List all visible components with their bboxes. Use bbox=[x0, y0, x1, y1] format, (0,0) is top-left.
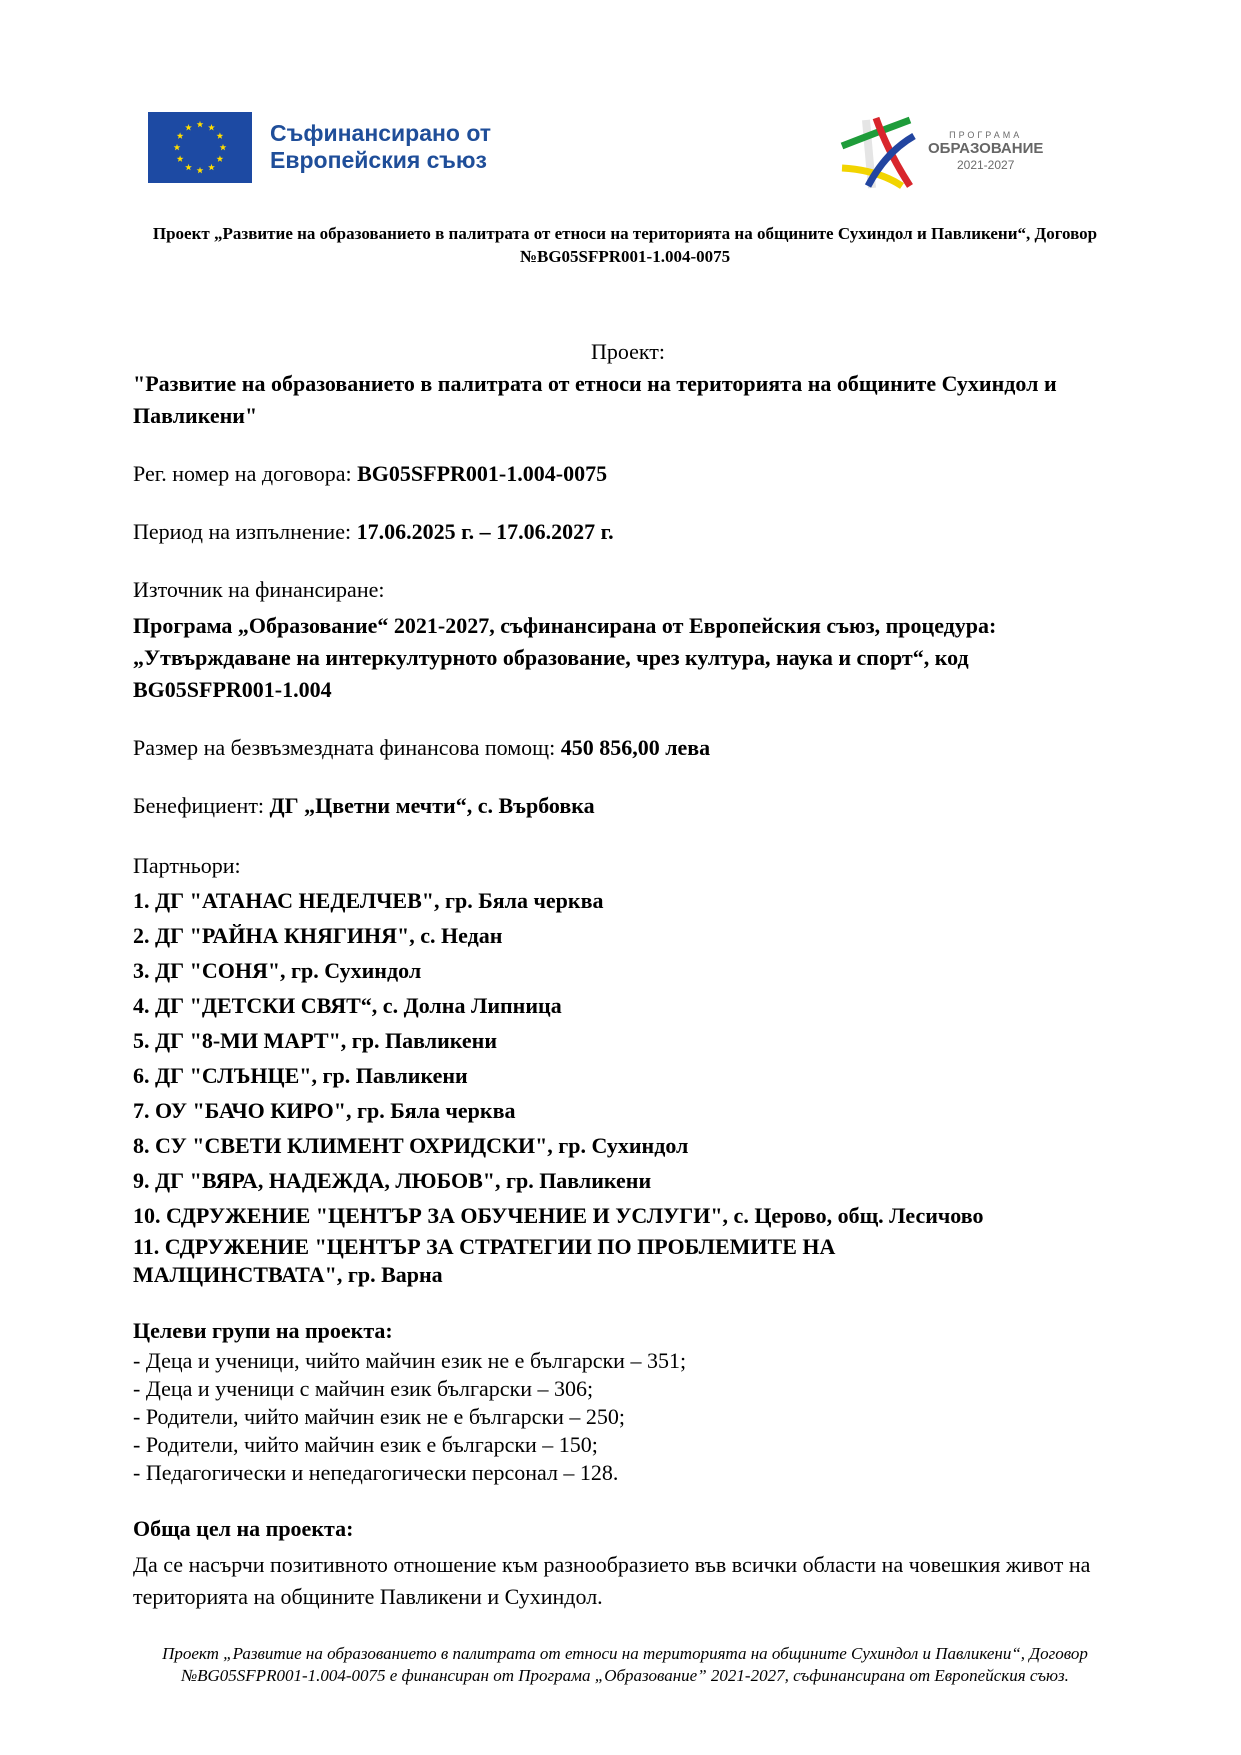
programme-logo-text: ПРОГРАМА ОБРАЗОВАНИЕ 2021-2027 bbox=[928, 130, 1043, 172]
grant-label: Размер на безвъзмездната финансова помощ… bbox=[133, 735, 561, 760]
eu-flag-icon bbox=[148, 112, 252, 183]
project-title: "Развитие на образованието в палитрата о… bbox=[133, 368, 1073, 432]
reg-number-value: BG05SFPR001-1.004-0075 bbox=[357, 461, 607, 486]
partner-item: 10. СДРУЖЕНИЕ "ЦЕНТЪР ЗА ОБУЧЕНИЕ И УСЛУ… bbox=[133, 1198, 1123, 1233]
period-line: Период на изпълнение: 17.06.2025 г. – 17… bbox=[133, 516, 1123, 548]
partners-section: Партньори: 1. ДГ "АТАНАС НЕДЕЛЧЕВ", гр. … bbox=[133, 848, 1123, 1289]
partner-item: 5. ДГ "8-МИ МАРТ", гр. Павликени bbox=[133, 1023, 1123, 1058]
partner-item: 11. СДРУЖЕНИЕ "ЦЕНТЪР ЗА СТРАТЕГИИ ПО ПР… bbox=[133, 1233, 893, 1289]
reg-number-label: Рег. номер на договора: bbox=[133, 461, 357, 486]
partner-item: 6. ДГ "СЛЪНЦЕ", гр. Павликени bbox=[133, 1058, 1123, 1093]
target-group-item: - Родители, чийто майчин език е българск… bbox=[133, 1431, 1123, 1459]
partners-label: Партньори: bbox=[133, 848, 1123, 883]
funding-source-label: Източник на финансиране: bbox=[133, 574, 1123, 606]
reg-number-line: Рег. номер на договора: BG05SFPR001-1.00… bbox=[133, 458, 1123, 490]
period-value: 17.06.2025 г. – 17.06.2027 г. bbox=[357, 519, 614, 544]
grant-value: 450 856,00 лева bbox=[561, 735, 711, 760]
period-label: Период на изпълнение: bbox=[133, 519, 357, 544]
programme-emblem-icon bbox=[838, 112, 918, 190]
target-groups-list: - Деца и ученици, чийто майчин език не е… bbox=[133, 1347, 1123, 1487]
goal-text: Да се насърчи позитивното отношение към … bbox=[133, 1549, 1123, 1613]
document-footer: Проект „Развитие на образованието в пали… bbox=[140, 1643, 1110, 1687]
programme-logo-line1: ПРОГРАМА bbox=[928, 130, 1043, 140]
partner-item: 3. ДГ "СОНЯ", гр. Сухиндол bbox=[133, 953, 1123, 988]
target-groups-label: Целеви групи на проекта: bbox=[133, 1315, 1123, 1347]
target-group-item: - Родители, чийто майчин език не е бълга… bbox=[133, 1403, 1123, 1431]
eu-cofunded-logo: Съфинансирано от Европейския съюз bbox=[148, 110, 508, 184]
beneficiary-line: Бенефициент: ДГ „Цветни мечти“, с. Върбо… bbox=[133, 790, 1123, 822]
programme-logo-line2: ОБРАЗОВАНИЕ bbox=[928, 140, 1043, 158]
goal-label: Обща цел на проекта: bbox=[133, 1513, 1123, 1545]
target-group-item: - Деца и ученици, чийто майчин език не е… bbox=[133, 1347, 1123, 1375]
partner-item: 7. ОУ "БАЧО КИРО", гр. Бяла черква bbox=[133, 1093, 1123, 1128]
partner-item: 4. ДГ "ДЕТСКИ СВЯТ“, с. Долна Липница bbox=[133, 988, 1123, 1023]
partner-item: 8. СУ "СВЕТИ КЛИМЕНТ ОХРИДСКИ", гр. Сухи… bbox=[133, 1128, 1123, 1163]
partner-item: 1. ДГ "АТАНАС НЕДЕЛЧЕВ", гр. Бяла черква bbox=[133, 883, 1123, 918]
partner-item: 2. ДГ "РАЙНА КНЯГИНЯ", с. Недан bbox=[133, 918, 1123, 953]
target-group-item: - Деца и ученици с майчин език български… bbox=[133, 1375, 1123, 1403]
target-group-item: - Педагогически и непедагогически персон… bbox=[133, 1459, 1123, 1487]
document-body: Проект: "Развитие на образованието в пал… bbox=[133, 336, 1123, 1613]
beneficiary-label: Бенефициент: bbox=[133, 793, 270, 818]
partner-item: 9. ДГ "ВЯРА, НАДЕЖДА, ЛЮБОВ", гр. Павлик… bbox=[133, 1163, 1123, 1198]
eu-logo-line1: Съфинансирано от bbox=[270, 120, 491, 147]
partners-list: 1. ДГ "АТАНАС НЕДЕЛЧЕВ", гр. Бяла черква… bbox=[133, 883, 1123, 1289]
eu-logo-text: Съфинансирано от Европейския съюз bbox=[270, 120, 491, 174]
grant-line: Размер на безвъзмездната финансова помощ… bbox=[133, 732, 1123, 764]
programme-education-logo: ПРОГРАМА ОБРАЗОВАНИЕ 2021-2027 bbox=[838, 112, 1078, 190]
document-header: Проект „Развитие на образованието в пали… bbox=[140, 222, 1110, 268]
funding-source-value: Програма „Образование“ 2021-2027, съфина… bbox=[133, 610, 1123, 706]
eu-logo-line2: Европейския съюз bbox=[270, 147, 491, 174]
beneficiary-value: ДГ „Цветни мечти“, с. Върбовка bbox=[270, 793, 595, 818]
project-label: Проект: bbox=[133, 336, 1123, 368]
programme-logo-line3: 2021-2027 bbox=[928, 158, 1043, 172]
